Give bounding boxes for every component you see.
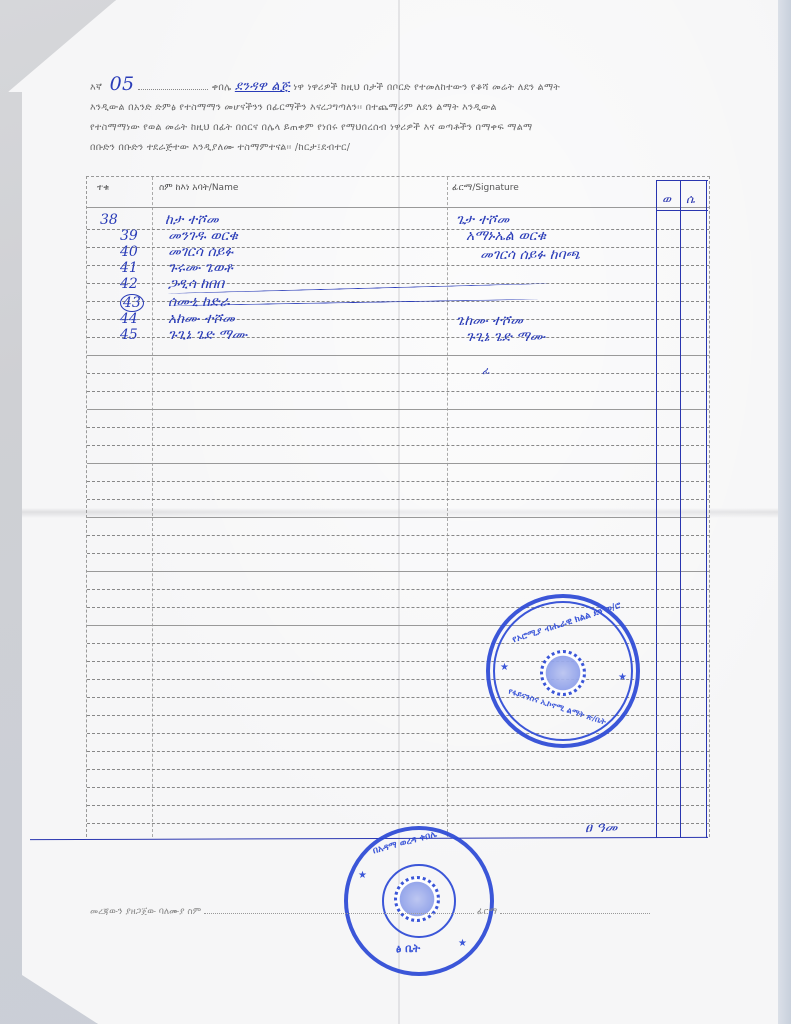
- header-female: ሴ: [686, 192, 695, 207]
- row-rule: [87, 751, 709, 752]
- row-name: መንገዱ ወርቁ: [168, 228, 238, 244]
- row-number: 45: [120, 327, 138, 343]
- header-rule: [87, 207, 709, 208]
- row-rule: [87, 481, 709, 482]
- handdrawn-column-line: [656, 180, 657, 838]
- official-stamp-2: በአዳማ ወረዳ ቀበሌ ፅ ቤት ★ ★: [344, 826, 494, 976]
- header-signature: ፊርማ/Signature: [452, 183, 519, 193]
- row-rule: [87, 733, 709, 734]
- row-name: ከታ ተሾመ: [165, 212, 219, 228]
- row-rule: [87, 391, 709, 392]
- row-rule: [87, 373, 709, 374]
- dotted-blank: [138, 81, 208, 90]
- row-number: 44: [120, 311, 138, 327]
- row-name: ጋዲሳ ከበበ: [168, 276, 224, 292]
- row-rule: [87, 553, 709, 554]
- row-signature: ጌከሙ ተሾመ: [456, 313, 523, 329]
- intro-line-1: እኛ 05 ቀበሌ ደንዳዋ ልጅ ነዋ ነዋሪዎች ከዚህ በታች በቦርድ …: [90, 74, 710, 98]
- row-signature: መገርሳ ሰይፉ ከባጫ: [480, 247, 580, 263]
- official-stamp-1: የኦሮሚያ ብሔራዊ ክልል ደን ወ/ሮ የፋይናንስና ኢኮኖሚ ልማት ጽ…: [486, 594, 640, 748]
- star-icon: ★: [358, 870, 367, 881]
- preparer-name-label: መረጃውን ያዘጋጀው ባለሙያ ስም: [90, 907, 201, 917]
- handdrawn-header-line: [656, 210, 708, 211]
- row-name: ጉሩሙ ጌወቶ: [168, 260, 233, 276]
- preparer-signature-label: ፊርማ: [477, 907, 497, 917]
- preparer-name-field: [204, 907, 474, 914]
- table-footer-note: ፀ ዓመ: [585, 820, 617, 836]
- intro-paragraph: እኛ 05 ቀበሌ ደንዳዋ ልጅ ነዋ ነዋሪዎች ከዚህ በታች በቦርድ …: [90, 74, 710, 158]
- row-rule: [87, 769, 709, 770]
- row-rule: [87, 787, 709, 788]
- row-rule: [87, 463, 709, 464]
- row-signature: አማኑኤል ወርቁ: [466, 228, 546, 244]
- header-name: ስም ከእነ አባት/Name: [159, 183, 238, 193]
- row-rule: [87, 805, 709, 806]
- intro-prefix: እኛ: [90, 82, 102, 93]
- row-number: 40: [120, 244, 138, 260]
- row-rule: [87, 355, 709, 356]
- row-number: 39: [120, 228, 138, 244]
- row-rule: [87, 535, 709, 536]
- handwritten-place-name: ደንዳዋ ልጅ: [235, 79, 290, 94]
- row-rule: [87, 427, 709, 428]
- intro-line-3: የተስማማነው የወል መሬት ከዚህ በፊት በሰርና በሌላ ይጠቀም የነ…: [90, 118, 710, 138]
- row-number: 41: [120, 260, 138, 276]
- row-name: ሰሙኒ ከድራ: [168, 294, 230, 310]
- header-male: ወ: [662, 192, 671, 207]
- row-number-circled: 43: [120, 294, 144, 312]
- row-rule: [87, 445, 709, 446]
- row-rule: [87, 589, 709, 590]
- star-icon: ★: [458, 938, 467, 949]
- stray-mark: ፈ: [482, 366, 490, 377]
- preparer-footer: መረጃውን ያዘጋጀው ባለሙያ ስም ፊርማ: [90, 907, 650, 917]
- handdrawn-column-line: [680, 180, 681, 838]
- preparer-signature-field: [500, 907, 650, 914]
- row-rule: [87, 571, 709, 572]
- row-name: ጉጊኔ ጌድ ማሙ: [168, 327, 247, 343]
- star-icon: ★: [618, 672, 627, 683]
- intro-kebele-label: ቀበሌ: [212, 82, 232, 93]
- handwritten-kebele-number: 05: [110, 74, 135, 95]
- row-number: 42: [120, 276, 138, 292]
- handdrawn-top-line: [656, 180, 708, 181]
- row-rule: [87, 517, 709, 518]
- stamp-text-bottom: ፅ ቤት: [396, 942, 420, 956]
- intro-line-2: እንዲውል በአንድ ድምፅ የተስማማን መሆናችንን በፊርማችን እናረጋ…: [90, 98, 710, 118]
- intro-line-4: በቡድን በቡድን ተደራጅተው እንዲያለሙ ተስማምተናል፡፡ /ከርታ፤ደ…: [90, 138, 710, 158]
- handdrawn-column-line: [706, 180, 707, 838]
- star-icon: ★: [500, 662, 509, 673]
- intro-text-1: ነዋ ነዋሪዎች ከዚህ በታች በቦርድ የተመለከተውን የቆሻ መሬት ለ…: [293, 82, 560, 93]
- row-signature: ጉጊኔ ጌድ ማሙ: [466, 329, 545, 345]
- row-rule: [87, 499, 709, 500]
- row-rule: [87, 409, 709, 410]
- row-number: 38: [100, 212, 118, 228]
- column-divider: [152, 177, 153, 837]
- column-divider: [447, 177, 448, 837]
- header-number: ተቁ: [97, 183, 109, 193]
- row-name: አከሙ ተሾመ: [168, 311, 235, 327]
- row-name: መገርሳ ሰይፉ: [168, 244, 233, 260]
- emblem-icon: [540, 650, 586, 696]
- row-signature: ጌታ ተሾመ: [456, 212, 509, 228]
